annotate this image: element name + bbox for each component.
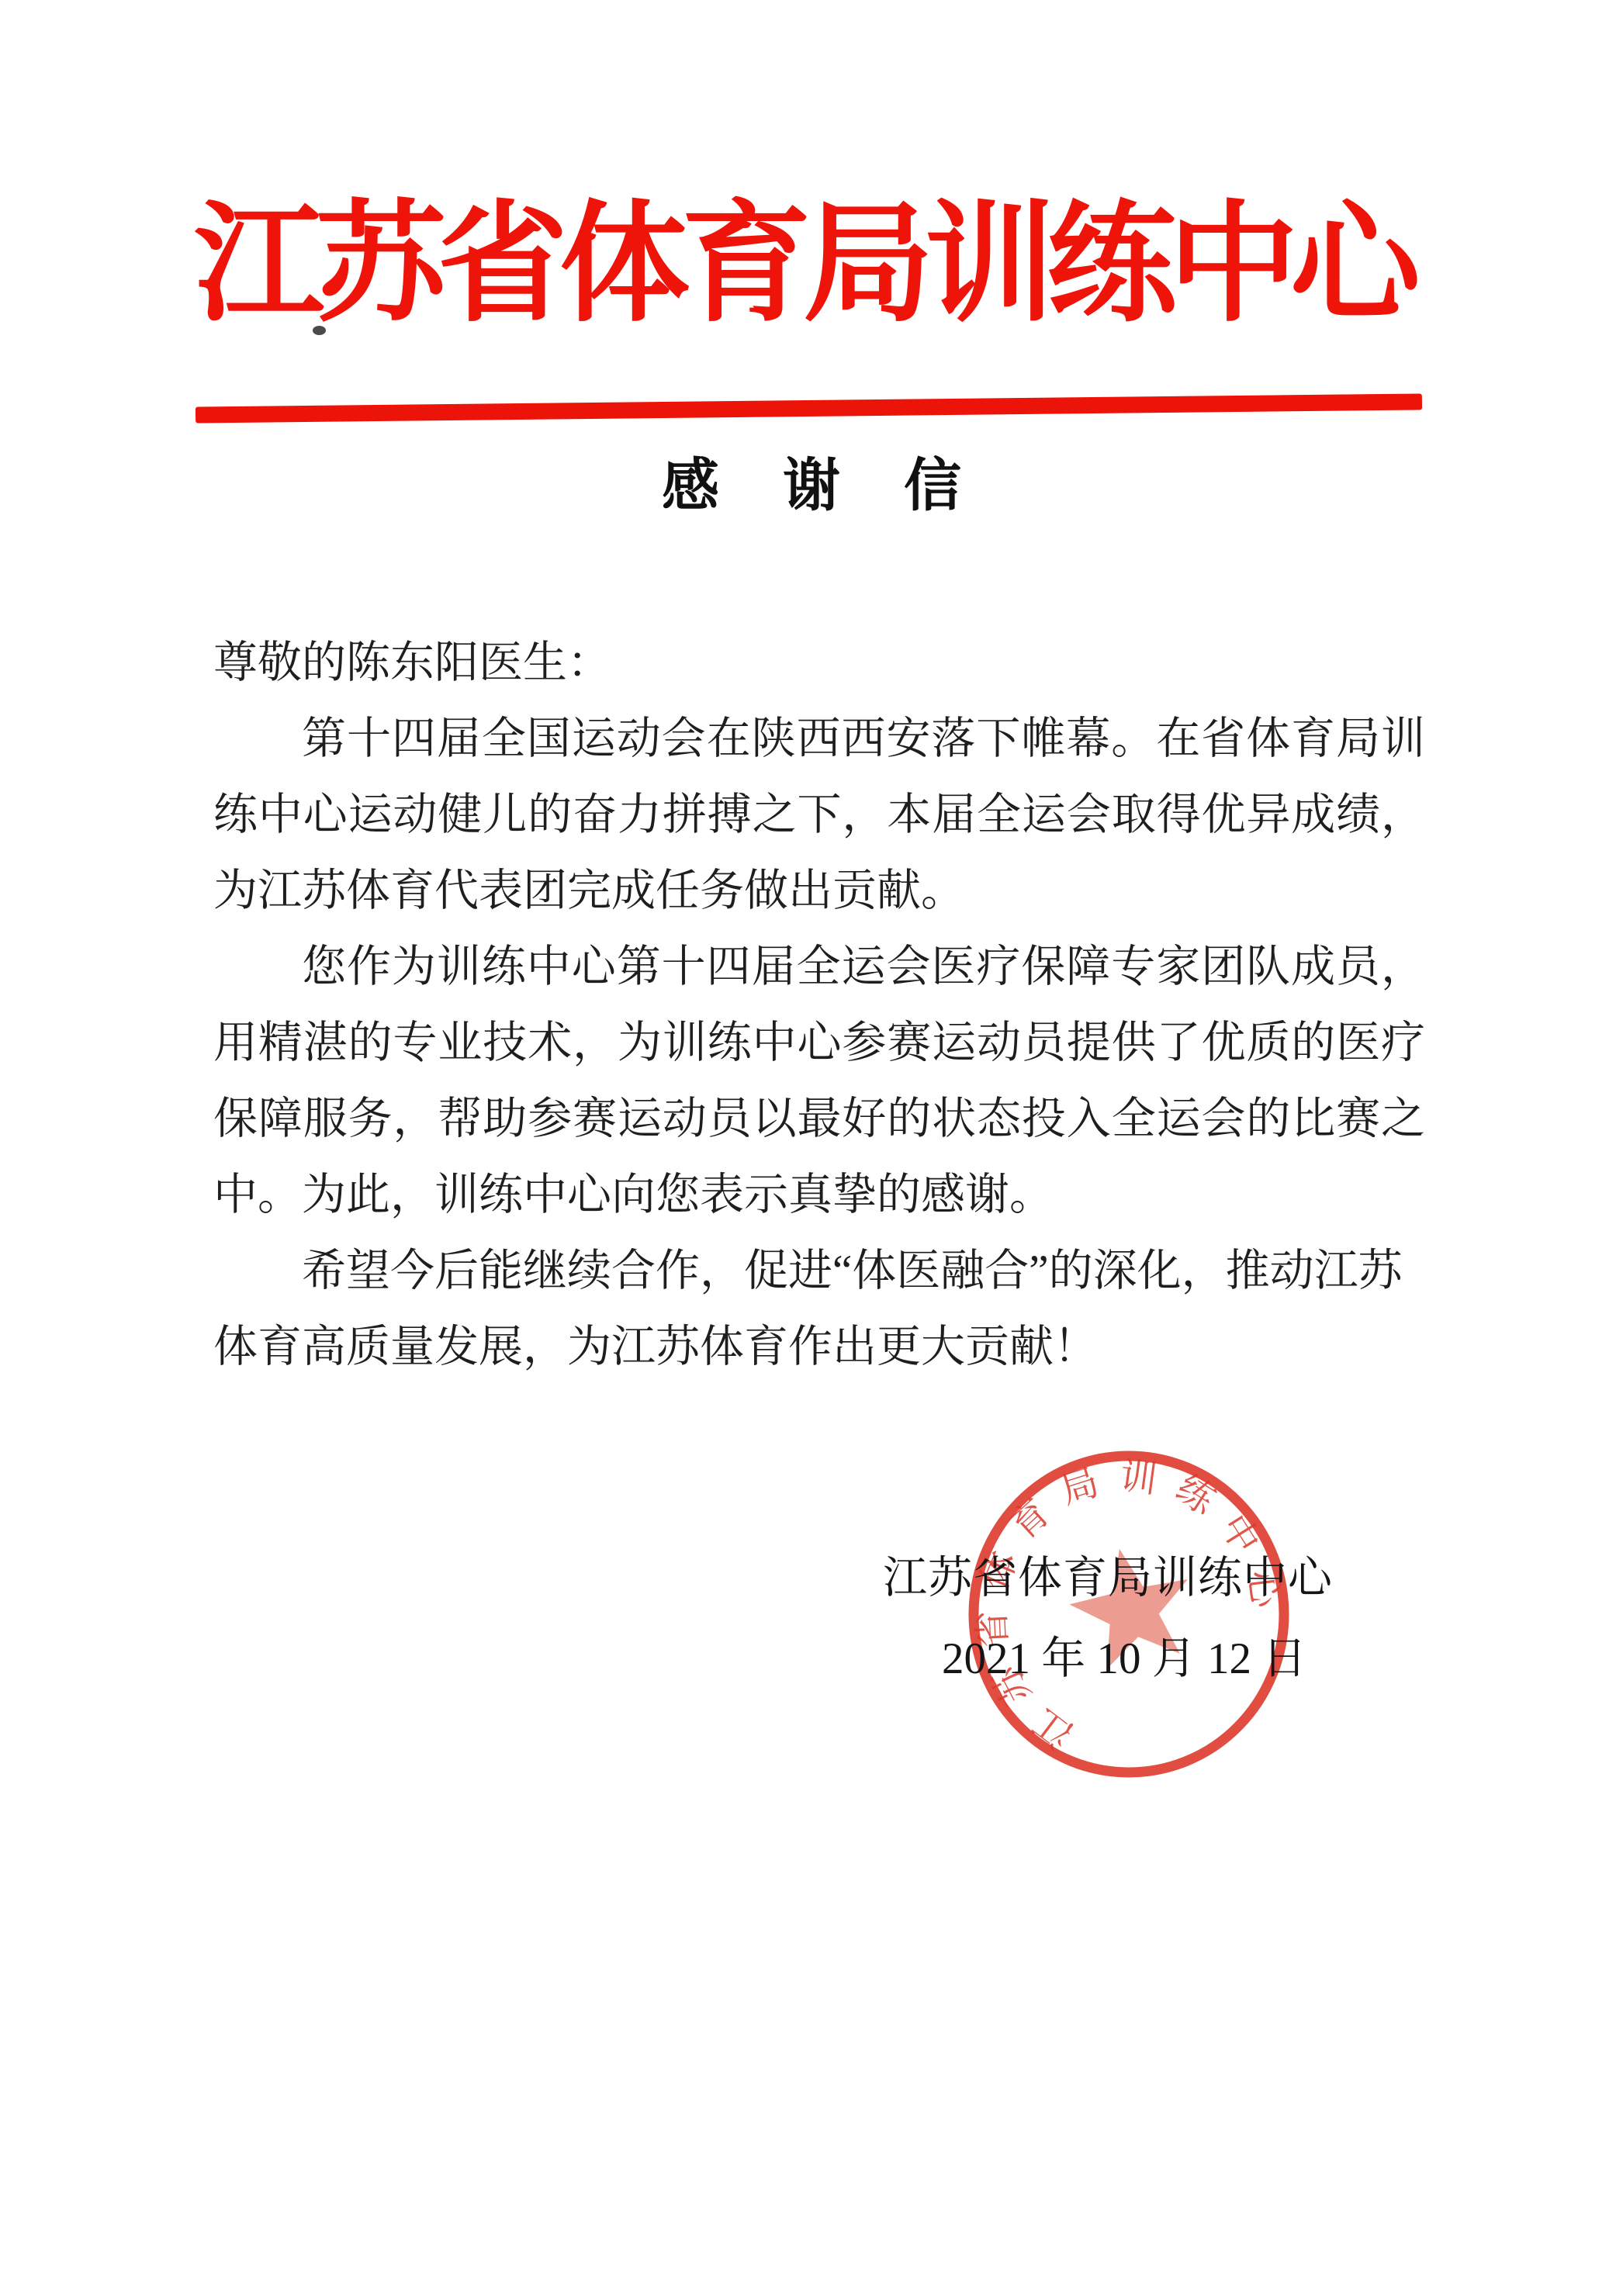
letter-body: 尊敬的陈东阳医生： 第十四届全国运动会在陕西西安落下帷幕。在省体育局训 练中心运…: [213, 625, 1425, 1385]
body-line: 希望今后能继续合作，促进“体医融合”的深化，推动江苏: [213, 1233, 1425, 1309]
body-line: 保障服务，帮助参赛运动员以最好的状态投入全运会的比赛之: [213, 1081, 1425, 1157]
body-line: 中。为此，训练中心向您表示真挚的感谢。: [213, 1157, 1425, 1233]
body-line: 体育高质量发展，为江苏体育作出更大贡献！: [213, 1309, 1425, 1385]
body-line: 练中心运动健儿的奋力拼搏之下，本届全运会取得优异成绩，: [213, 777, 1425, 853]
body-line: 第十四届全国运动会在陕西西安落下帷幕。在省体育局训: [213, 701, 1425, 777]
letter-title: 感谢信: [662, 458, 1025, 515]
letterhead-rule: [196, 393, 1422, 423]
body-line: 用精湛的专业技术，为训练中心参赛运动员提供了优质的医疗: [213, 1005, 1425, 1081]
body-line: 尊敬的陈东阳医生：: [213, 625, 1425, 701]
body-line: 为江苏体育代表团完成任务做出贡献。: [213, 853, 1425, 929]
scan-ink-dot-artifact: [313, 326, 326, 335]
body-line: 您作为训练中心第十四届全运会医疗保障专家团队成员，: [213, 929, 1425, 1005]
letterhead-org-name: 江苏省体育局训练中心: [194, 200, 1412, 330]
official-seal: 江苏省体育局训练中心: [964, 1447, 1297, 1785]
letter-date: 2021 年 10 月 12 日: [942, 1637, 1306, 1681]
signature-org-name: 江苏省体育局训练中心: [883, 1556, 1333, 1600]
letter-page: 江苏省体育局训练中心 感谢信 尊敬的陈东阳医生： 第十四届全国运动会在陕西西安落…: [0, 0, 1623, 2296]
